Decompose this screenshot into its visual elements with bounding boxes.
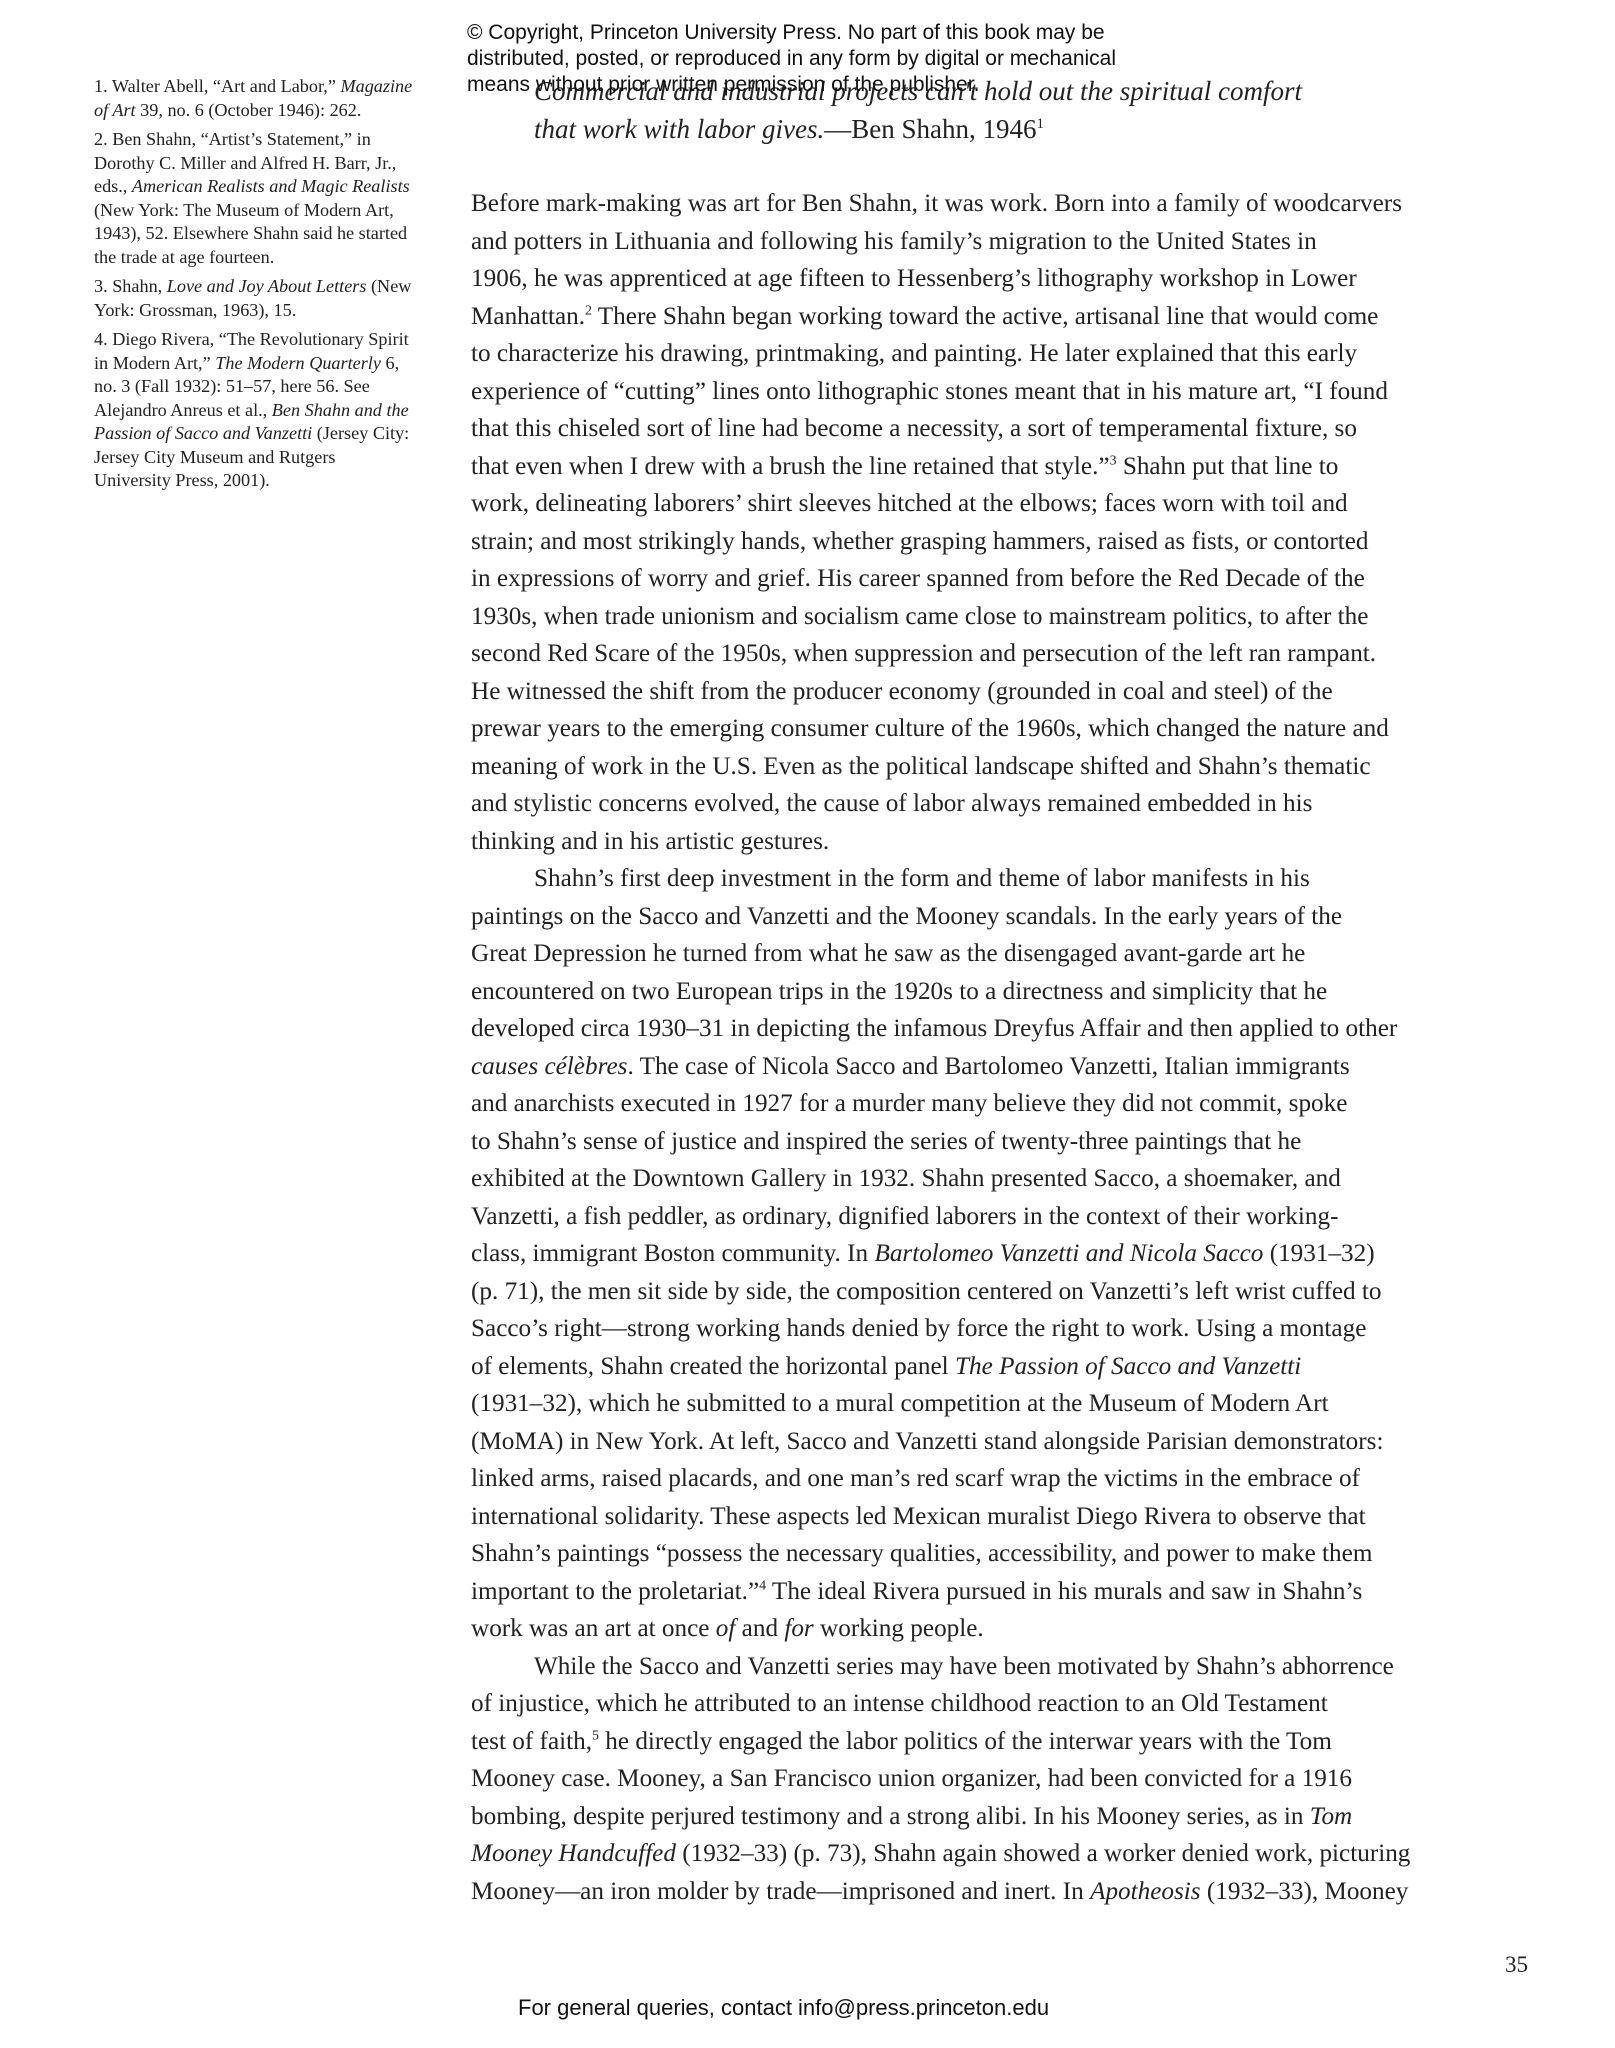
text-line: of elements, Shahn created the horizonta… <box>471 1348 1546 1386</box>
text-line: Vanzetti, a fish peddler, as ordinary, d… <box>471 1198 1546 1236</box>
copyright-notice: © Copyright, Princeton University Press.… <box>467 20 1187 98</box>
italic-term: of <box>716 1615 736 1642</box>
italic-term: for <box>784 1615 813 1642</box>
text-line: strain; and most strikingly hands, wheth… <box>471 523 1546 561</box>
text-span: (1931–32) <box>1263 1240 1374 1267</box>
text-span: Mooney—an iron molder by trade—imprisone… <box>471 1878 1090 1905</box>
text-line: prewar years to the emerging consumer cu… <box>471 710 1546 748</box>
text-line: Manhattan.2 There Shahn began working to… <box>471 298 1546 336</box>
footnote-number: 1. <box>94 76 108 96</box>
text-line: (MoMA) in New York. At left, Sacco and V… <box>471 1423 1546 1461</box>
text-span: (1932–33) (p. 73), Shahn again showed a … <box>676 1840 1410 1867</box>
footnote-number: 2. <box>94 129 108 149</box>
text-span: of elements, Shahn created the horizonta… <box>471 1353 955 1380</box>
text-line: Sacco’s right—strong working hands denie… <box>471 1310 1546 1348</box>
text-span: bombing, despite perjured testimony and … <box>471 1803 1310 1830</box>
text-line: Great Depression he turned from what he … <box>471 935 1546 973</box>
text-line: While the Sacco and Vanzetti series may … <box>471 1648 1546 1686</box>
text-span: There Shahn began working toward the act… <box>592 303 1378 330</box>
footnote-title: The Modern Quarterly <box>215 353 381 373</box>
footnotes-column: 1. Walter Abell, “Art and Labor,” Magazi… <box>94 75 414 499</box>
text-line: Shahn’s first deep investment in the for… <box>471 860 1546 898</box>
text-line: of injustice, which he attributed to an … <box>471 1685 1546 1723</box>
text-line: bombing, despite perjured testimony and … <box>471 1798 1546 1836</box>
footnote-2: 2. Ben Shahn, “Artist’s Statement,” in D… <box>94 128 414 269</box>
copyright-line: © Copyright, Princeton University Press.… <box>467 20 1187 46</box>
text-line: (p. 71), the men sit side by side, the c… <box>471 1273 1546 1311</box>
text-line: Mooney Handcuffed (1932–33) (p. 73), Sha… <box>471 1835 1546 1873</box>
artwork-title: Tom <box>1310 1803 1352 1830</box>
text-line: (1931–32), which he submitted to a mural… <box>471 1385 1546 1423</box>
text-line: class, immigrant Boston community. In Ba… <box>471 1235 1546 1273</box>
text-line: second Red Scare of the 1950s, when supp… <box>471 635 1546 673</box>
text-span: important to the proletariat.” <box>471 1578 759 1605</box>
text-line: encountered on two European trips in the… <box>471 973 1546 1011</box>
text-line: Mooney case. Mooney, a San Francisco uni… <box>471 1760 1546 1798</box>
text-line: work was an art at once of and for worki… <box>471 1610 1546 1648</box>
footer-contact: For general queries, contact info@press.… <box>518 1995 1049 2021</box>
text-line: exhibited at the Downtown Gallery in 193… <box>471 1160 1546 1198</box>
italic-term: causes célèbres <box>471 1053 627 1080</box>
footnote-ref: 5 <box>592 1727 599 1742</box>
text-line: in expressions of worry and grief. His c… <box>471 560 1546 598</box>
text-line: to Shahn’s sense of justice and inspired… <box>471 1123 1546 1161</box>
footnote-text: 39, no. 6 (October 1946): 262. <box>136 100 362 120</box>
paragraph-1: Before mark-making was art for Ben Shahn… <box>471 185 1546 860</box>
text-line: experience of “cutting” lines onto litho… <box>471 373 1546 411</box>
text-line: that even when I drew with a brush the l… <box>471 448 1546 486</box>
text-line: causes célèbres. The case of Nicola Sacc… <box>471 1048 1546 1086</box>
text-line: developed circa 1930–31 in depicting the… <box>471 1010 1546 1048</box>
text-line: work, delineating laborers’ shirt sleeve… <box>471 485 1546 523</box>
paragraph-2: Shahn’s first deep investment in the for… <box>471 860 1546 1648</box>
text-span: and <box>735 1615 784 1642</box>
text-line: linked arms, raised placards, and one ma… <box>471 1460 1546 1498</box>
footnote-number: 3. <box>94 276 108 296</box>
footnote-title: Love and Joy About Letters <box>167 276 367 296</box>
text-span: that even when I drew with a brush the l… <box>471 453 1110 480</box>
paragraph-3: While the Sacco and Vanzetti series may … <box>471 1648 1546 1911</box>
artwork-title: The Passion of Sacco and Vanzetti <box>955 1353 1301 1380</box>
footnote-number: 4. <box>94 329 108 349</box>
footnote-3: 3. Shahn, Love and Joy About Letters (Ne… <box>94 275 414 322</box>
epigraph-attribution: —Ben Shahn, 1946 <box>824 114 1036 144</box>
text-span: Shahn put that line to <box>1117 453 1339 480</box>
text-line: and anarchists executed in 1927 for a mu… <box>471 1085 1546 1123</box>
text-line: test of faith,5 he directly engaged the … <box>471 1723 1546 1761</box>
text-line: to characterize his drawing, printmaking… <box>471 335 1546 373</box>
text-span: working people. <box>814 1615 984 1642</box>
artwork-title: Mooney Handcuffed <box>471 1840 676 1867</box>
footnote-title: American Realists and Magic Realists <box>132 176 410 196</box>
text-span: he directly engaged the labor politics o… <box>599 1728 1332 1755</box>
footnote-1: 1. Walter Abell, “Art and Labor,” Magazi… <box>94 75 414 122</box>
text-line: Before mark-making was art for Ben Shahn… <box>471 185 1546 223</box>
text-line: Shahn’s paintings “possess the necessary… <box>471 1535 1546 1573</box>
page-number: 35 <box>1505 1952 1528 1978</box>
text-span: test of faith, <box>471 1728 592 1755</box>
text-span: The ideal Rivera pursued in his murals a… <box>766 1578 1362 1605</box>
footnote-ref: 1 <box>1037 116 1044 132</box>
main-text: Before mark-making was art for Ben Shahn… <box>471 185 1546 1910</box>
text-span: . The case of Nicola Sacco and Bartolome… <box>627 1053 1349 1080</box>
text-line: and potters in Lithuania and following h… <box>471 223 1546 261</box>
artwork-title: Bartolomeo Vanzetti and Nicola Sacco <box>874 1240 1263 1267</box>
text-span: Manhattan. <box>471 303 585 330</box>
artwork-title: Apotheosis <box>1090 1878 1201 1905</box>
text-line: 1930s, when trade unionism and socialism… <box>471 598 1546 636</box>
epigraph-quote: that work with labor gives. <box>534 114 824 144</box>
epigraph-line: that work with labor gives.—Ben Shahn, 1… <box>534 110 1534 148</box>
text-span: (1932–33), Mooney <box>1201 1878 1409 1905</box>
text-line: 1906, he was apprenticed at age fifteen … <box>471 260 1546 298</box>
footnote-text: Shahn, <box>108 276 167 296</box>
text-line: He witnessed the shift from the producer… <box>471 673 1546 711</box>
footnote-ref: 3 <box>1110 452 1117 467</box>
text-line: thinking and in his artistic gestures. <box>471 823 1546 861</box>
copyright-line: distributed, posted, or reproduced in an… <box>467 46 1187 72</box>
text-line: and stylistic concerns evolved, the caus… <box>471 785 1546 823</box>
footnote-text: (New York: The Museum of Modern Art, 194… <box>94 200 407 267</box>
footnote-text: Walter Abell, “Art and Labor,” <box>108 76 341 96</box>
text-line: meaning of work in the U.S. Even as the … <box>471 748 1546 786</box>
text-line: important to the proletariat.”4 The idea… <box>471 1573 1546 1611</box>
text-line: that this chiseled sort of line had beco… <box>471 410 1546 448</box>
text-span: class, immigrant Boston community. In <box>471 1240 874 1267</box>
text-span: work was an art at once <box>471 1615 716 1642</box>
text-line: Mooney—an iron molder by trade—imprisone… <box>471 1873 1546 1911</box>
footnote-4: 4. Diego Rivera, “The Revolutionary Spir… <box>94 328 414 493</box>
text-line: international solidarity. These aspects … <box>471 1498 1546 1536</box>
text-line: paintings on the Sacco and Vanzetti and … <box>471 898 1546 936</box>
footnote-ref: 2 <box>585 302 592 317</box>
copyright-line: means without prior written permission o… <box>467 72 1187 98</box>
